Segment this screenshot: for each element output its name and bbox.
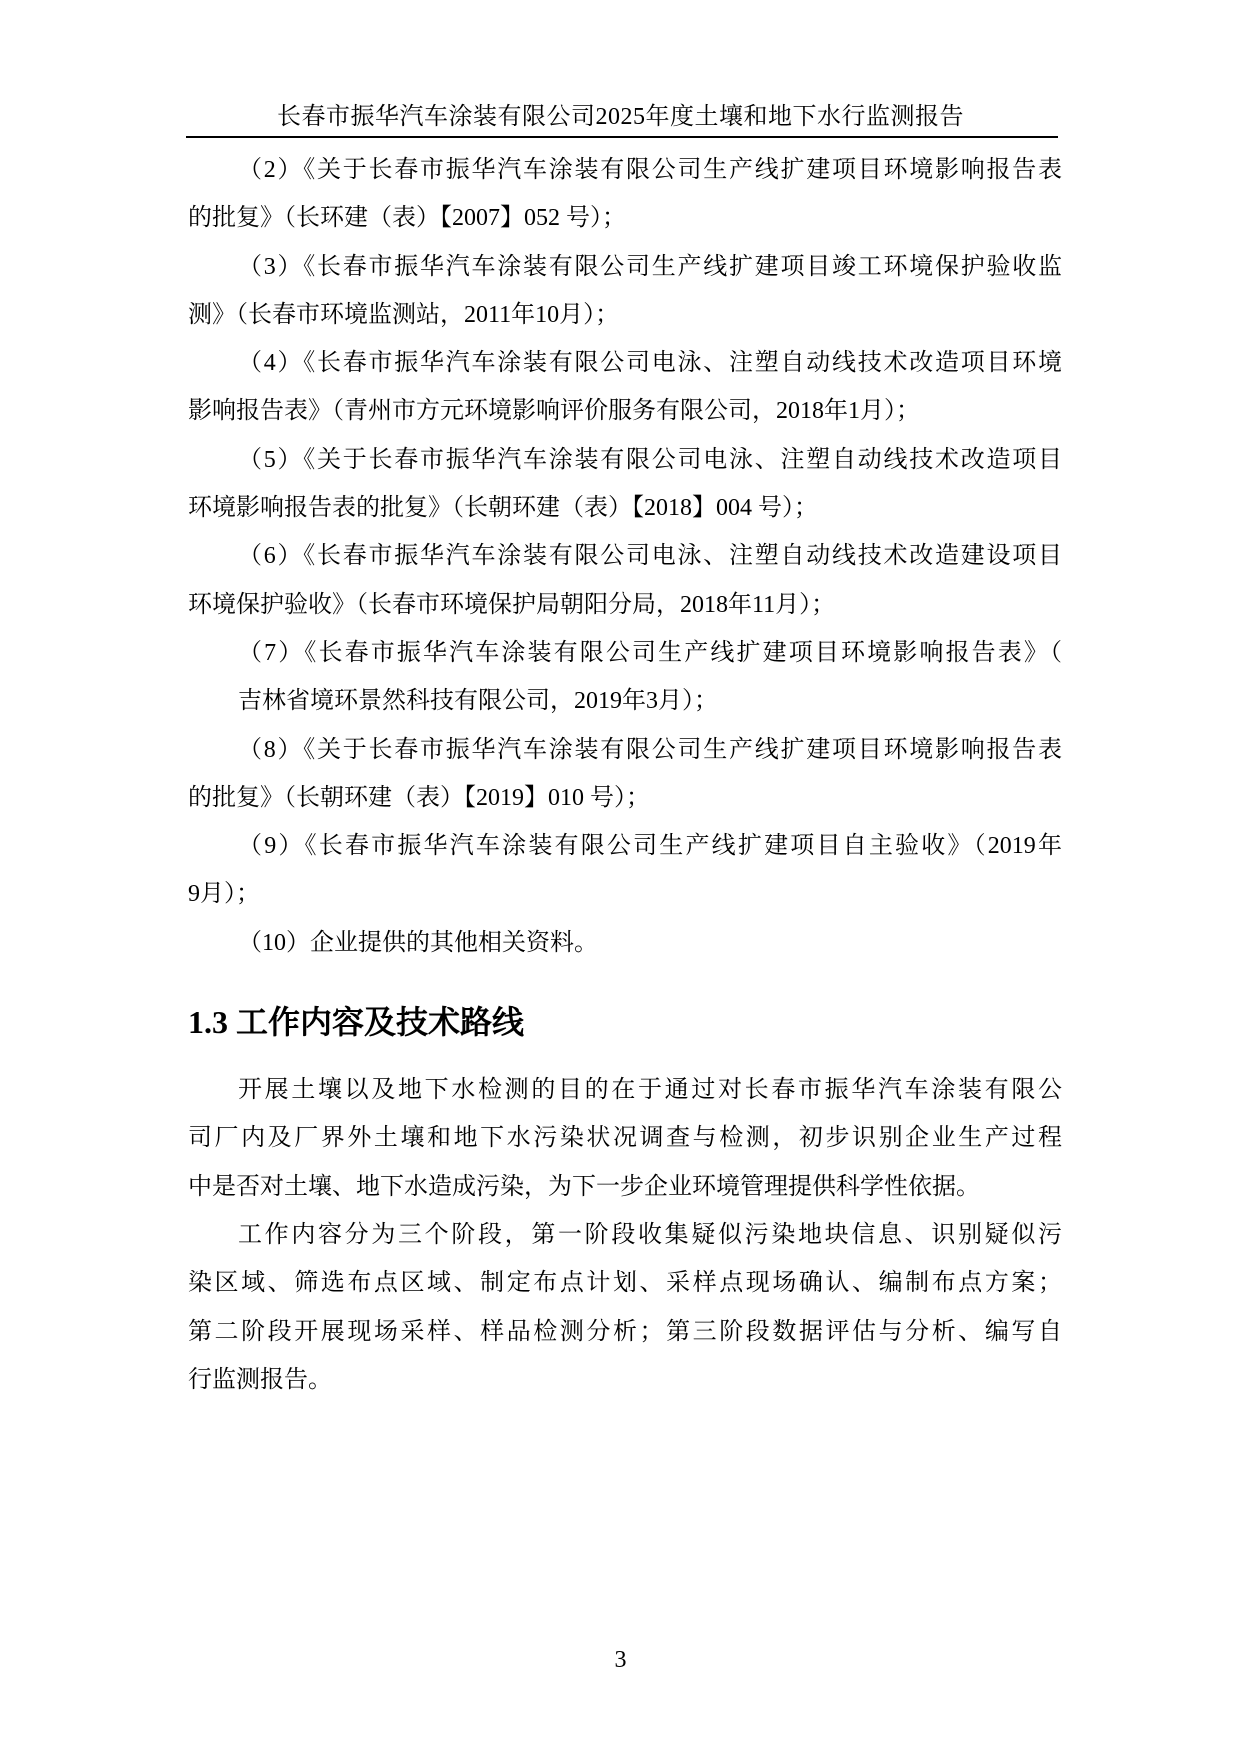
reference-line: 环境保护验收》（长春市环境保护局朝阳分局，2018年11月）； — [188, 581, 1062, 629]
header-rule — [186, 136, 1058, 138]
reference-line: （8）《关于长春市振华汽车涂装有限公司生产线扩建项目环境影响报告表 — [188, 726, 1062, 774]
page-header-title: 长春市振华汽车涂装有限公司2025年度土壤和地下水行监测报告 — [0, 100, 1241, 134]
paragraph-line: 开展土壤以及地下水检测的目的在于通过对长春市振华汽车涂装有限公 — [188, 1066, 1062, 1114]
paragraph-line: 行监测报告。 — [188, 1356, 1062, 1404]
reference-line: 环境影响报告表的批复》（长朝环建（表）【2018】004 号）； — [188, 484, 1062, 532]
reference-line: 的批复》（长环建（表）【2007】052 号）； — [188, 194, 1062, 242]
paragraph-line: 染区域、筛选布点区域、制定布点计划、采样点现场确认、编制布点方案； — [188, 1259, 1062, 1307]
reference-line: （10）企业提供的其他相关资料。 — [188, 919, 1062, 967]
reference-line: 影响报告表》（青州市方元环境影响评价服务有限公司，2018年1月）； — [188, 387, 1062, 435]
reference-line: （3）《长春市振华汽车涂装有限公司生产线扩建项目竣工环境保护验收监 — [188, 243, 1062, 291]
reference-line: 吉林省境环景然科技有限公司，2019年3月）； — [188, 677, 1062, 725]
reference-list: （2）《关于长春市振华汽车涂装有限公司生产线扩建项目环境影响报告表 的批复》（长… — [188, 146, 1062, 967]
paragraph-line: 工作内容分为三个阶段，第一阶段收集疑似污染地块信息、识别疑似污 — [188, 1211, 1062, 1259]
reference-line: （4）《长春市振华汽车涂装有限公司电泳、注塑自动线技术改造项目环境 — [188, 339, 1062, 387]
reference-line: 9月）； — [188, 870, 1062, 918]
reference-line: （5）《关于长春市振华汽车涂装有限公司电泳、注塑自动线技术改造项目 — [188, 436, 1062, 484]
reference-line: （6）《长春市振华汽车涂装有限公司电泳、注塑自动线技术改造建设项目 — [188, 532, 1062, 580]
page-number: 3 — [0, 1644, 1241, 1676]
paragraph-line: 第二阶段开展现场采样、样品检测分析；第三阶段数据评估与分析、编写自 — [188, 1308, 1062, 1356]
paragraph-intro: 开展土壤以及地下水检测的目的在于通过对长春市振华汽车涂装有限公 司厂内及厂界外土… — [188, 1066, 1062, 1211]
paragraph-line: 司厂内及厂界外土壤和地下水污染状况调查与检测，初步识别企业生产过程 — [188, 1114, 1062, 1162]
reference-line: 测》（长春市环境监测站，2011年10月）； — [188, 291, 1062, 339]
document-page: 长春市振华汽车涂装有限公司2025年度土壤和地下水行监测报告 （2）《关于长春市… — [0, 0, 1241, 1755]
reference-line: 的批复》（长朝环建（表）【2019】010 号）； — [188, 774, 1062, 822]
reference-line: （2）《关于长春市振华汽车涂装有限公司生产线扩建项目环境影响报告表 — [188, 146, 1062, 194]
paragraph-stages: 工作内容分为三个阶段，第一阶段收集疑似污染地块信息、识别疑似污 染区域、筛选布点… — [188, 1211, 1062, 1404]
reference-line: （9）《长春市振华汽车涂装有限公司生产线扩建项目自主验收》（2019年 — [188, 822, 1062, 870]
section-heading: 1.3 工作内容及技术路线 — [188, 998, 1062, 1046]
reference-line: （7）《长春市振华汽车涂装有限公司生产线扩建项目环境影响报告表》（ — [188, 629, 1062, 677]
paragraph-line: 中是否对土壤、地下水造成污染，为下一步企业环境管理提供科学性依据。 — [188, 1163, 1062, 1211]
